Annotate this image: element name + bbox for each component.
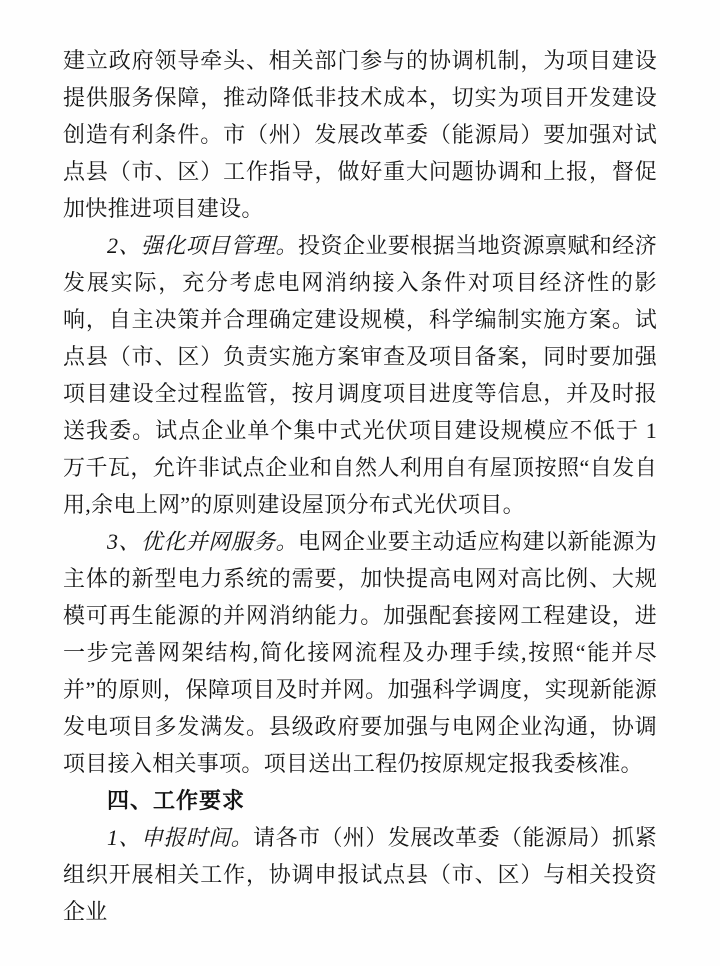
numbered-paragraph-3-lead: 3、优化并网服务。	[107, 529, 298, 554]
section-heading-work-requirements: 四、工作要求	[63, 782, 657, 819]
numbered-paragraph-2: 2、强化项目管理。投资企业要根据当地资源禀赋和经济发展实际，充分考虑电网消纳接入…	[63, 227, 657, 523]
subsection-paragraph-1: 1、申报时间。请各市（州）发展改革委（能源局）抓紧组织开展相关工作，协调申报试点…	[63, 819, 657, 930]
numbered-paragraph-2-body: 投资企业要根据当地资源禀赋和经济发展实际，充分考虑电网消纳接入条件对项目经济性的…	[63, 233, 657, 517]
document-page: 建立政府领导牵头、相关部门参与的协调机制，为项目建设提供服务保障，推动降低非技术…	[0, 0, 720, 966]
numbered-paragraph-3-body: 电网企业要主动适应构建以新能源为主体的新型电力系统的需要，加快提高电网对高比例、…	[63, 529, 657, 776]
numbered-paragraph-3: 3、优化并网服务。电网企业要主动适应构建以新能源为主体的新型电力系统的需要，加快…	[63, 523, 657, 782]
continuation-paragraph: 建立政府领导牵头、相关部门参与的协调机制，为项目建设提供服务保障，推动降低非技术…	[63, 42, 657, 227]
numbered-paragraph-2-lead: 2、强化项目管理。	[107, 233, 298, 258]
subsection-paragraph-1-lead: 1、申报时间。	[107, 825, 253, 850]
